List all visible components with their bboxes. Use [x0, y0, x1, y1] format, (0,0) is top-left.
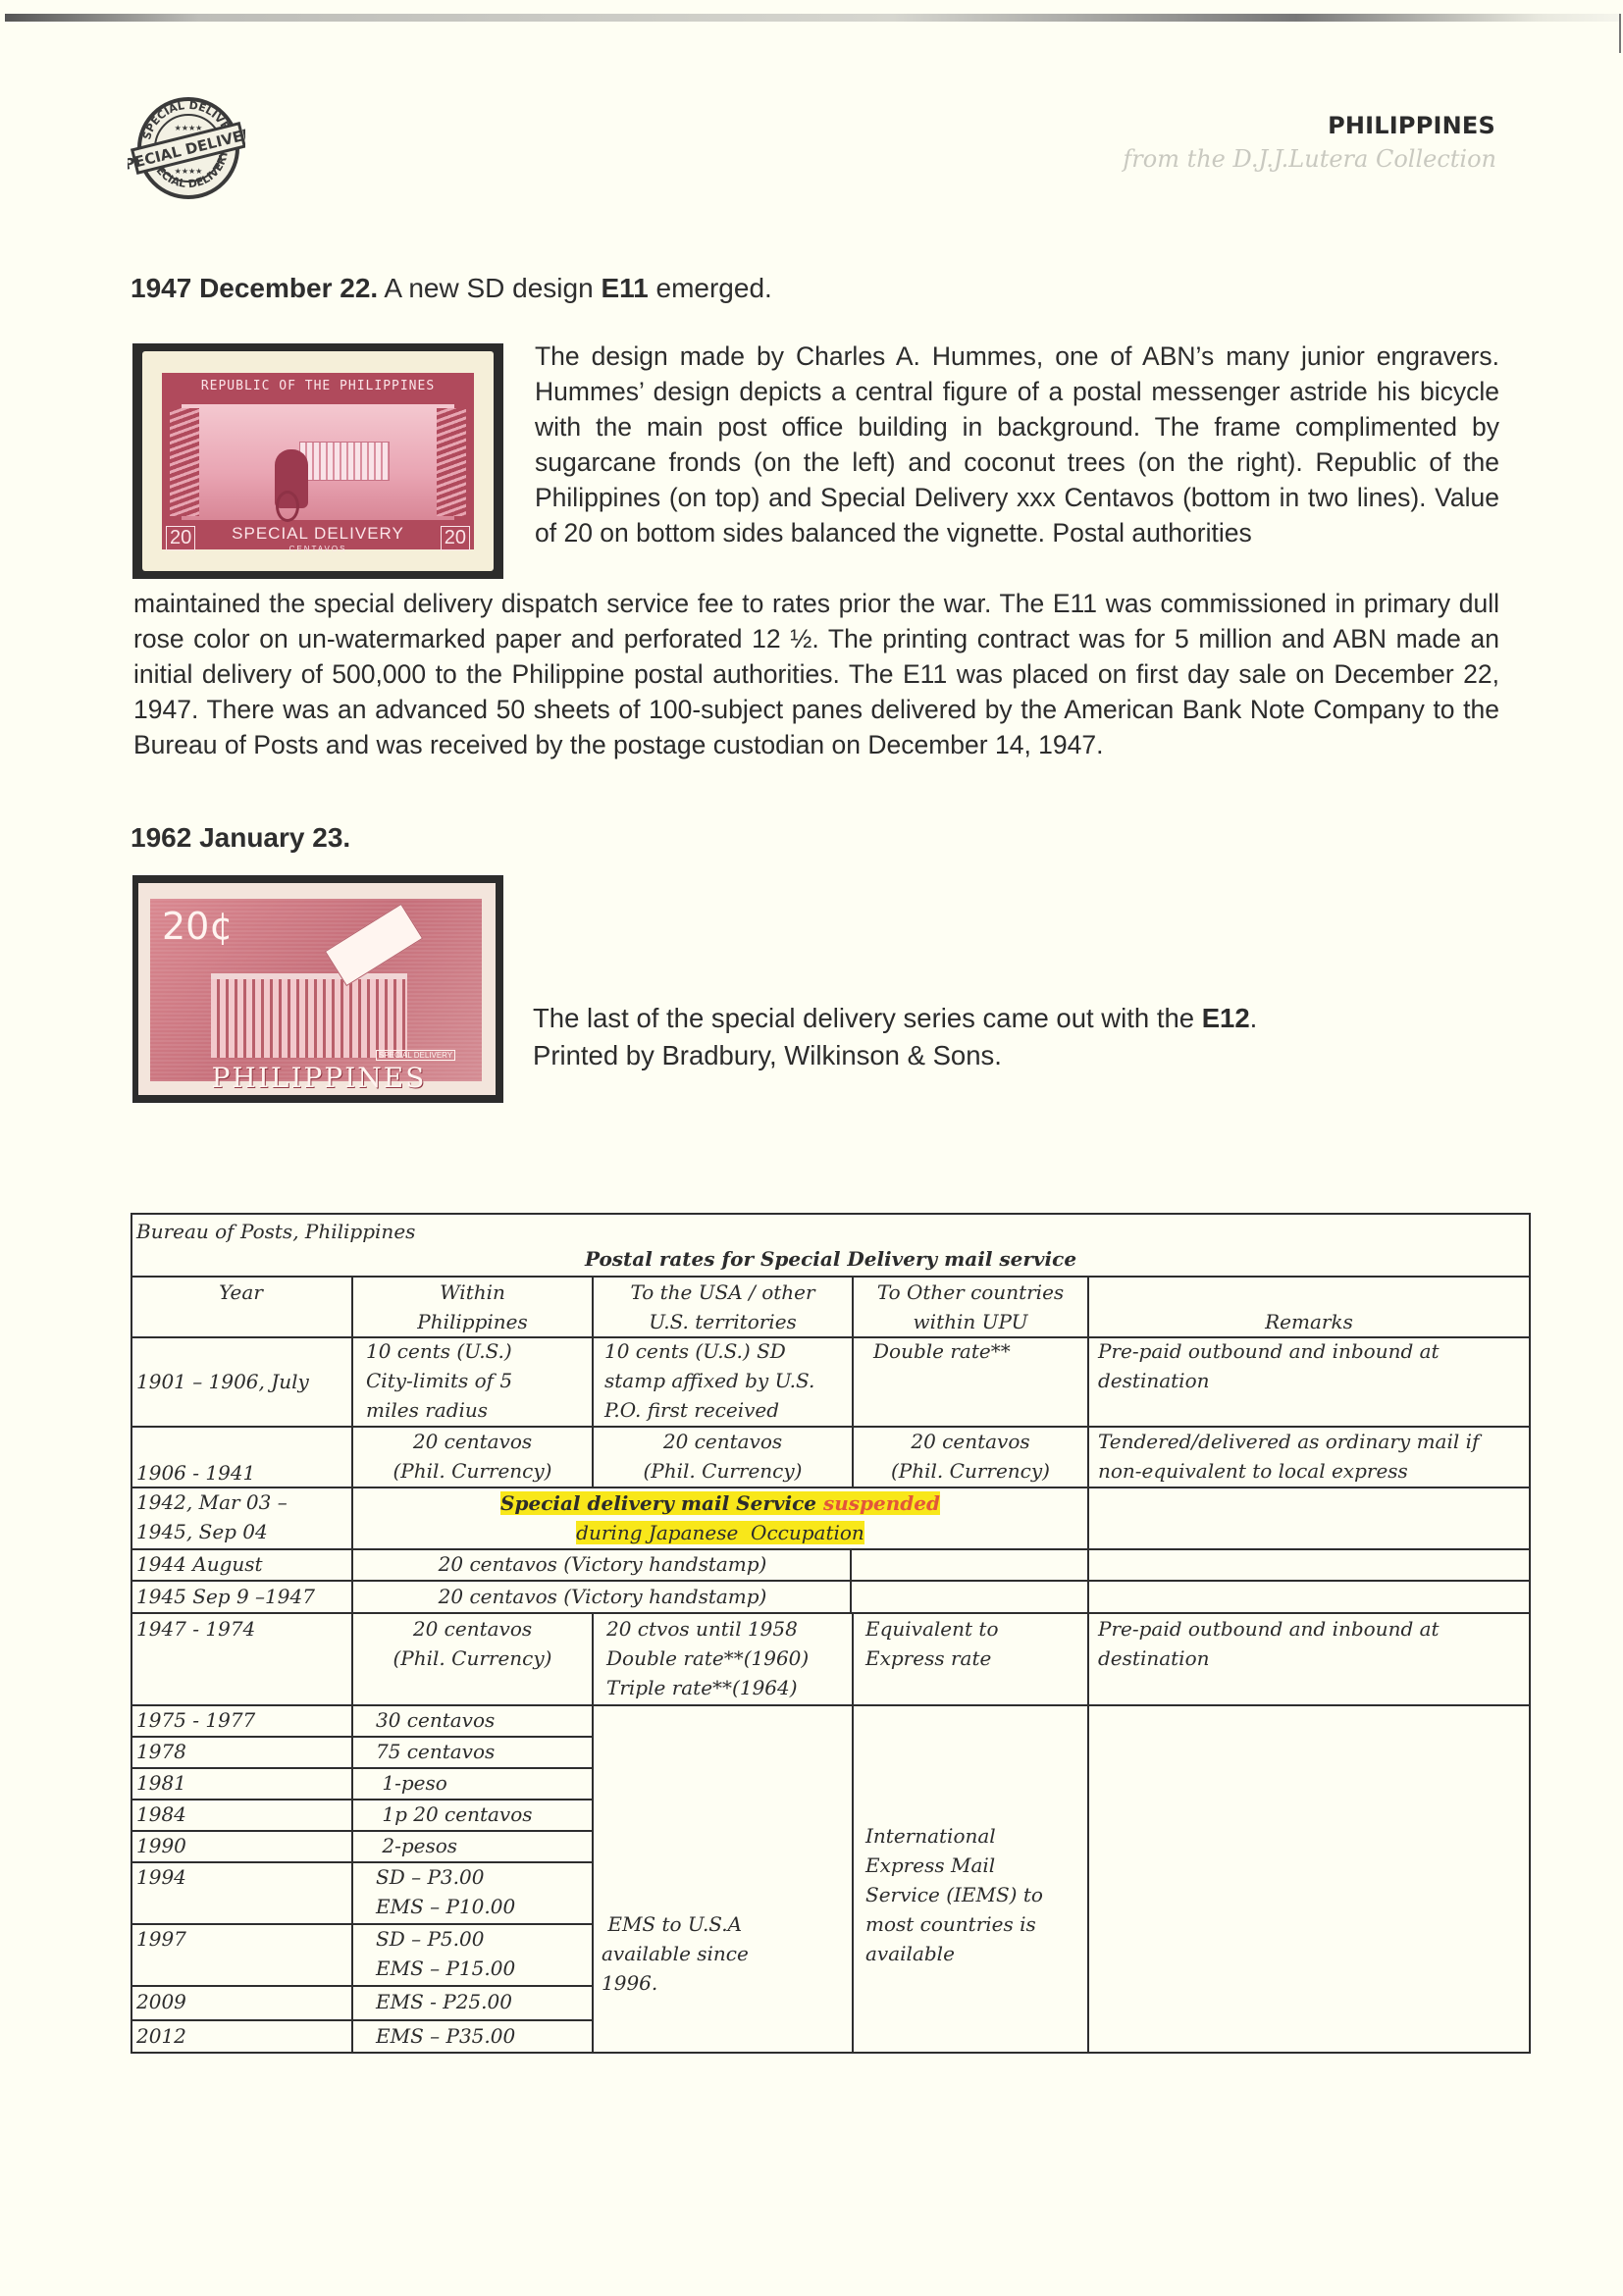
year-cell: 2009 — [136, 1987, 186, 2016]
within-cell: SD – P5.00EMS – P15.00 — [376, 1924, 515, 1983]
bicycle — [276, 491, 299, 522]
rate-cell: 20 centavos (Victory handstamp) — [353, 1549, 852, 1579]
suspended-word: suspended — [823, 1491, 940, 1515]
usa-cell: 20 ctvos until 1958Double rate**(1960)Tr… — [606, 1614, 809, 1702]
rate-cell: 20 centavos (Victory handstamp) — [353, 1582, 852, 1611]
later-upu-cell: InternationalExpress MailService (IEMS) … — [865, 1821, 1043, 1968]
remarks-cell: Pre-paid outbound and inbound atdestinat… — [1098, 1336, 1440, 1395]
e12-description: The last of the special delivery series … — [533, 1000, 1257, 1074]
e12-line-2: Printed by Bradbury, Wilkinson & Sons. — [533, 1037, 1257, 1074]
section-1962-heading: 1962 January 23. — [131, 822, 350, 854]
year-cell: 1975 - 1977 — [136, 1705, 255, 1735]
within-cell: 20 centavos(Phil. Currency) — [353, 1427, 592, 1486]
stamp-e11-image: REPUBLIC OF THE PHILIPPINES SPECIAL DELI… — [132, 343, 503, 579]
year-cell: 1945 Sep 9 –1947 — [136, 1582, 315, 1611]
within-cell: 1-peso — [376, 1768, 447, 1798]
upu-cell: 20 centavos(Phil. Currency) — [854, 1427, 1087, 1486]
within-cell: 1p 20 centavos — [376, 1800, 533, 1829]
year-cell: 1942, Mar 03 –1945, Sep 04 — [136, 1487, 288, 1546]
usa-cell: 20 centavos(Phil. Currency) — [594, 1427, 852, 1486]
within-cell: 20 centavos(Phil. Currency) — [353, 1614, 592, 1673]
post-office-building — [299, 442, 390, 481]
remarks-cell: Pre-paid outbound and inbound atdestinat… — [1098, 1614, 1440, 1673]
sugarcane-fronds — [170, 408, 199, 516]
within-cell: 75 centavos — [376, 1737, 495, 1766]
postal-rates-table: Bureau of Posts, Philippines Postal rate… — [131, 1213, 1531, 2053]
coconut-trees — [437, 408, 466, 516]
year-cell: 2012 — [136, 2021, 186, 2051]
special-delivery-seal-icon: SPECIAL DELIVERY SPECIAL DELIVERY SPECIA… — [128, 93, 245, 206]
within-cell: SD – P3.00EMS – P10.00 — [376, 1862, 515, 1921]
scan-edge-shadow — [5, 14, 1619, 22]
section-1947-intro: A new SD design E11 emerged. — [384, 273, 771, 303]
within-cell: EMS – P35.00 — [376, 2021, 515, 2051]
within-cell: 2-pesos — [376, 1831, 457, 1860]
year-cell: 1981 — [136, 1768, 186, 1798]
e11-description-continued: maintained the special delivery dispatch… — [133, 586, 1499, 762]
year-cell: 1984 — [136, 1800, 186, 1829]
scan-edge-right — [1619, 14, 1621, 53]
year-cell: 1990 — [136, 1831, 186, 1860]
year-cell: 1906 - 1941 — [136, 1458, 255, 1487]
year-cell: 1947 - 1974 — [136, 1614, 255, 1644]
col-header-within: WithinPhilippines — [353, 1278, 592, 1336]
within-cell: 10 cents (U.S.)City-limits of 5miles rad… — [366, 1336, 512, 1425]
suspension-notice: Special delivery mail Service suspended … — [353, 1488, 1087, 1547]
collection-subtitle: from the D.J.J.Lutera Collection — [1123, 145, 1496, 173]
later-usa-cell: EMS to U.S.Aavailable since1996. — [602, 1851, 749, 2057]
table-source: Bureau of Posts, Philippines — [136, 1217, 415, 1246]
col-header-upu: To Other countrieswithin UPU — [854, 1278, 1087, 1336]
section-1947-date: 1947 December 22. — [131, 273, 378, 303]
stamp-e12-label: SPECIAL DELIVERY — [376, 1050, 455, 1061]
post-office-building — [211, 973, 407, 1058]
e12-line-1: The last of the special delivery series … — [533, 1000, 1257, 1037]
page-country-title: PHILIPPINES — [1328, 112, 1495, 139]
stamp-e11-value-left: 20 — [166, 526, 195, 550]
upu-cell: Double rate** — [873, 1336, 1011, 1366]
stamp-e11-top-label: REPUBLIC OF THE PHILIPPINES — [196, 379, 440, 393]
table-title: Postal rates for Special Delivery mail s… — [131, 1244, 1531, 1274]
col-header-year: Year — [131, 1278, 351, 1307]
svg-text:★★★★: ★★★★ — [175, 124, 203, 132]
stamp-e11-centavos: CENTAVOS — [196, 545, 440, 553]
stamp-e12-value: 20¢ — [162, 905, 234, 948]
upu-cell: Equivalent toExpress rate — [865, 1614, 999, 1673]
year-cell: 1997 — [136, 1924, 186, 1954]
svg-text:★★★★: ★★★★ — [175, 167, 203, 176]
usa-cell: 10 cents (U.S.) SDstamp affixed by U.S.P… — [604, 1336, 814, 1425]
within-cell: EMS - P25.00 — [376, 1987, 512, 2016]
stamp-e11-value-right: 20 — [441, 526, 470, 550]
stamp-e11-bottom-label: SPECIAL DELIVERY — [196, 524, 440, 544]
stamp-e12-image: 20¢ SPECIAL DELIVERY PHILIPPINES — [132, 875, 503, 1103]
year-cell: 1994 — [136, 1862, 186, 1892]
year-cell: 1978 — [136, 1737, 186, 1766]
section-1947-heading: 1947 December 22. A new SD design E11 em… — [131, 273, 772, 304]
remarks-cell: Tendered/delivered as ordinary mail ifno… — [1098, 1427, 1479, 1486]
col-header-remarks: Remarks — [1089, 1307, 1529, 1336]
e11-description-wrapped: The design made by Charles A. Hummes, on… — [535, 339, 1499, 550]
year-cell: 1901 – 1906, July — [136, 1367, 309, 1396]
year-cell: 1944 August — [136, 1549, 263, 1579]
stamp-e12-country: PHILIPPINES — [162, 1062, 476, 1094]
within-cell: 30 centavos — [376, 1705, 495, 1735]
col-header-usa: To the USA / otherU.S. territories — [594, 1278, 852, 1336]
